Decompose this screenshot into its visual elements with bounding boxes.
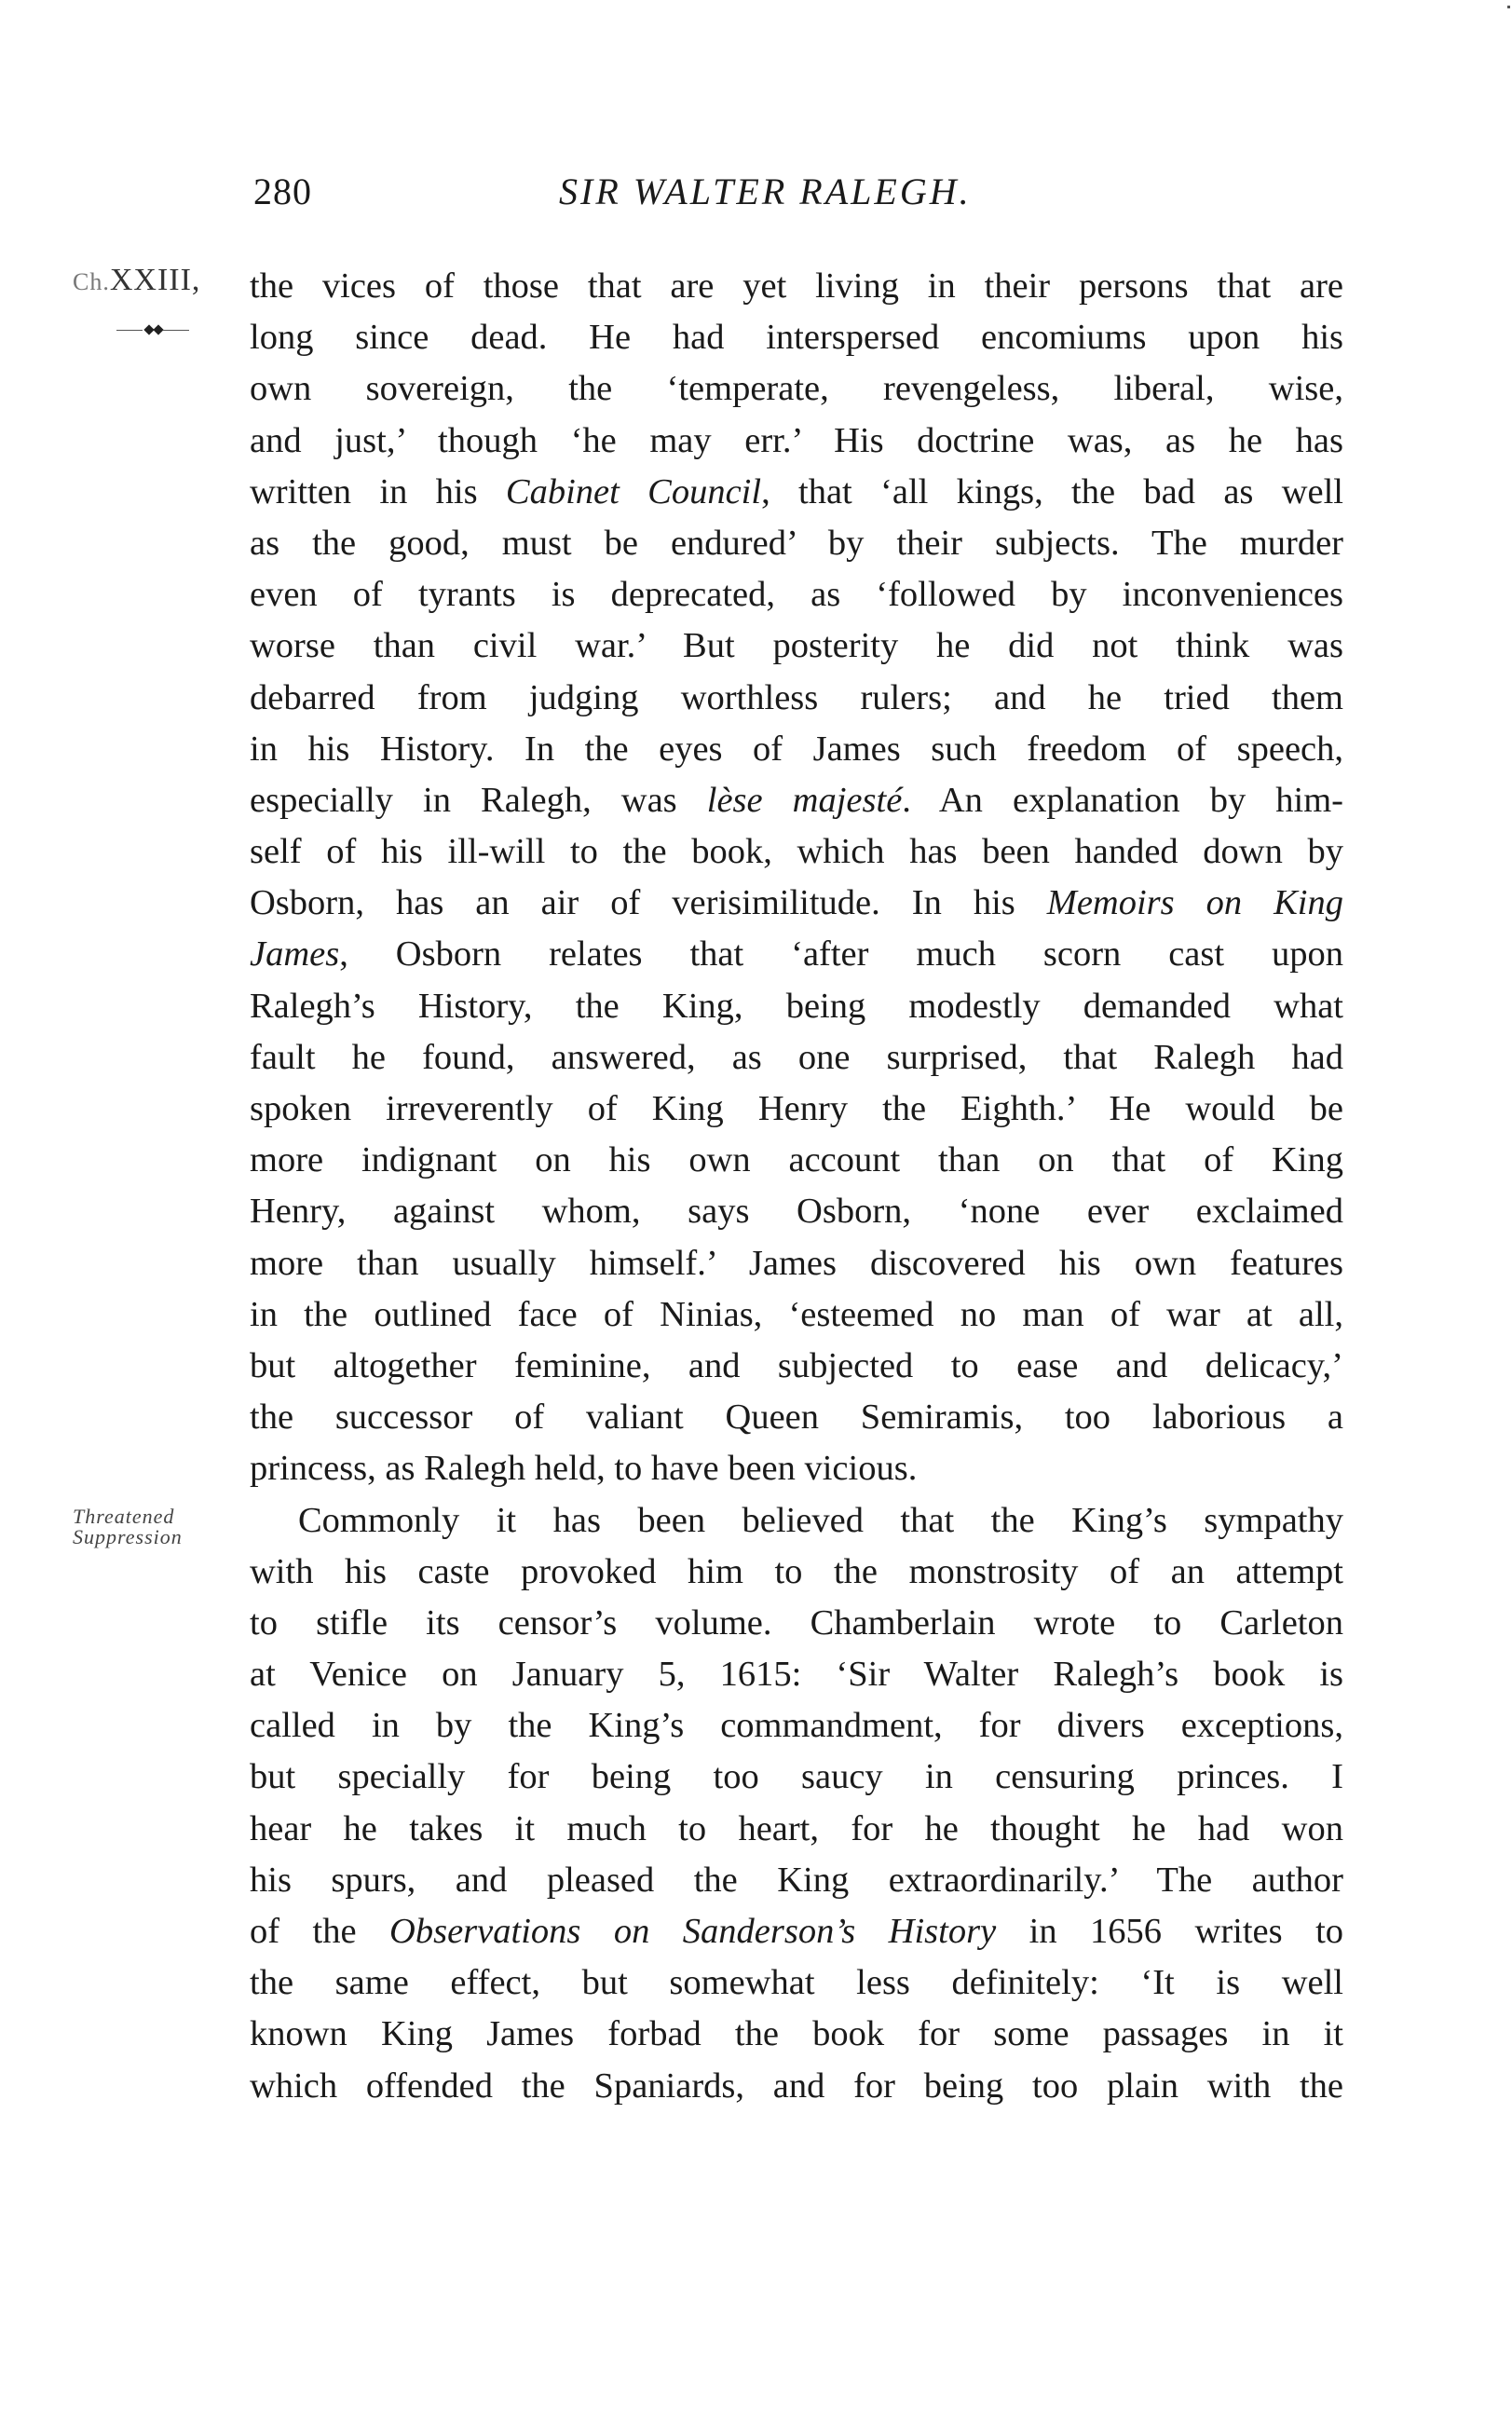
body-text: the vices of those that are yet living i… xyxy=(250,261,1343,2112)
line-text: known King James forbad the book for som… xyxy=(250,2014,1343,2053)
line-text: called in by the King’s commandment, for… xyxy=(250,1706,1343,1745)
text-line: spoken irreverently of King Henry the Ei… xyxy=(250,1084,1343,1135)
text-line: the vices of those that are yet living i… xyxy=(250,261,1343,312)
text-line: long since dead. He had interspersed enc… xyxy=(250,312,1343,363)
text-line: Henry, against whom, says Osborn, ‘none … xyxy=(250,1186,1343,1237)
text-line: own sovereign, the ‘temperate, revengele… xyxy=(250,363,1343,415)
line-text: , Osborn relates that ‘after much scorn … xyxy=(339,934,1343,974)
text-line: Commonly it has been believed that the K… xyxy=(250,1495,1343,1547)
line-text: worse than civil war.’ But posterity he … xyxy=(250,626,1343,665)
text-line: in his History. In the eyes of James suc… xyxy=(250,724,1343,775)
line-text: princess, as Ralegh held, to have been v… xyxy=(250,1449,917,1488)
text-line: but altogether feminine, and subjected t… xyxy=(250,1341,1343,1392)
text-line: debarred from judging worthless rulers; … xyxy=(250,673,1343,724)
text-line: Ralegh’s History, the King, being modest… xyxy=(250,981,1343,1032)
text-line: even of tyrants is deprecated, as ‘follo… xyxy=(250,569,1343,620)
page-number: 280 xyxy=(253,170,312,213)
line-text: in his History. In the eyes of James suc… xyxy=(250,729,1343,769)
text-line: at Venice on January 5, 1615: ‘Sir Walte… xyxy=(250,1649,1343,1700)
text-line: and just,’ though ‘he may err.’ His doct… xyxy=(250,416,1343,467)
italic-title: James xyxy=(250,934,339,974)
line-text: his spurs, and pleased the King extraord… xyxy=(250,1861,1343,1900)
text-line: as the good, must be endured’ by their s… xyxy=(250,518,1343,569)
line-text: Osborn, has an air of verisimilitude. In… xyxy=(250,883,1047,922)
line-text: long since dead. He had interspersed enc… xyxy=(250,318,1343,357)
line-text: at Venice on January 5, 1615: ‘Sir Walte… xyxy=(250,1655,1343,1694)
line-text: hear he takes it much to heart, for he t… xyxy=(250,1809,1343,1848)
line-text: and just,’ though ‘he may err.’ His doct… xyxy=(250,421,1343,460)
line-text: own sovereign, the ‘temperate, revengele… xyxy=(250,369,1343,408)
text-line: which offended the Spaniards, and for be… xyxy=(250,2061,1343,2112)
line-text: especially in Ralegh, was xyxy=(250,781,707,820)
text-line: more than usually himself.’ James discov… xyxy=(250,1238,1343,1289)
chapter-marker: Ch.XXIII, xyxy=(73,263,200,298)
scan-speck xyxy=(1507,6,1510,8)
text-line: James, Osborn relates that ‘after much s… xyxy=(250,929,1343,980)
chapter-number: XXIII, xyxy=(110,263,201,297)
chapter-prefix: Ch. xyxy=(73,268,110,295)
text-line: called in by the King’s commandment, for… xyxy=(250,1700,1343,1752)
text-line: fault he found, answered, as one surpris… xyxy=(250,1032,1343,1084)
line-text: spoken irreverently of King Henry the Ei… xyxy=(250,1089,1343,1128)
text-line: his spurs, and pleased the King extraord… xyxy=(250,1855,1343,1906)
line-text: to stifle its censor’s volume. Chamberla… xyxy=(250,1603,1343,1643)
italic-title: lèse majesté xyxy=(707,781,903,820)
sidenote-line-2: Suppression xyxy=(73,1527,183,1547)
text-line: Osborn, has an air of verisimilitude. In… xyxy=(250,878,1343,929)
text-line: especially in Ralegh, was lèse majesté. … xyxy=(250,775,1343,826)
sidenote-line-1: Threatened xyxy=(73,1506,183,1527)
line-text: self of his ill-will to the book, which … xyxy=(250,832,1343,871)
running-title: SIR WALTER RALEGH. xyxy=(559,170,972,213)
text-line: princess, as Ralegh held, to have been v… xyxy=(250,1443,1343,1494)
line-text: but altogether feminine, and subjected t… xyxy=(250,1346,1343,1385)
ornament-icon xyxy=(116,324,189,337)
line-text: which offended the Spaniards, and for be… xyxy=(250,2066,1343,2106)
text-line: worse than civil war.’ But posterity he … xyxy=(250,620,1343,672)
text-line: but specially for being too saucy in cen… xyxy=(250,1752,1343,1803)
line-text: the vices of those that are yet living i… xyxy=(250,266,1343,306)
running-head: 280 SIR WALTER RALEGH. xyxy=(253,170,1343,216)
line-text: with his caste provoked him to the monst… xyxy=(250,1552,1343,1591)
line-text: more than usually himself.’ James discov… xyxy=(250,1244,1343,1283)
line-text: written in his xyxy=(250,472,506,511)
italic-title: Memoirs on King xyxy=(1047,883,1343,922)
text-line: with his caste provoked him to the monst… xyxy=(250,1547,1343,1598)
line-text: fault he found, answered, as one surpris… xyxy=(250,1038,1343,1077)
line-text: the same effect, but somewhat less defin… xyxy=(250,1963,1343,2002)
margin-sidenote: Threatened Suppression xyxy=(73,1506,183,1547)
text-line: written in his Cabinet Council, that ‘al… xyxy=(250,467,1343,518)
book-page: 280 SIR WALTER RALEGH. Ch.XXIII, Threate… xyxy=(0,0,1512,2413)
line-text: debarred from judging worthless rulers; … xyxy=(250,678,1343,717)
italic-title: Observations on Sanderson’s History xyxy=(389,1912,996,1951)
line-text: . An explanation by him- xyxy=(902,781,1343,820)
text-line: in the outlined face of Ninias, ‘esteeme… xyxy=(250,1289,1343,1341)
italic-title: Cabinet Council xyxy=(506,472,761,511)
line-text: Ralegh’s History, the King, being modest… xyxy=(250,987,1343,1026)
line-text: but specially for being too saucy in cen… xyxy=(250,1757,1343,1796)
line-text: , that ‘all kings, the bad as well xyxy=(761,472,1343,511)
text-line: to stifle its censor’s volume. Chamberla… xyxy=(250,1598,1343,1649)
line-text: even of tyrants is deprecated, as ‘follo… xyxy=(250,575,1343,614)
text-line: the same effect, but somewhat less defin… xyxy=(250,1957,1343,2009)
line-text: Henry, against whom, says Osborn, ‘none … xyxy=(250,1192,1343,1231)
line-text: of the xyxy=(250,1912,389,1951)
line-text: Commonly it has been believed that the K… xyxy=(298,1501,1343,1540)
text-line: self of his ill-will to the book, which … xyxy=(250,826,1343,878)
text-line: of the Observations on Sanderson’s Histo… xyxy=(250,1906,1343,1957)
line-text: in 1656 writes to xyxy=(996,1912,1343,1951)
line-text: as the good, must be endured’ by their s… xyxy=(250,524,1343,563)
text-line: hear he takes it much to heart, for he t… xyxy=(250,1804,1343,1855)
line-text: in the outlined face of Ninias, ‘esteeme… xyxy=(250,1295,1343,1334)
text-line: the successor of valiant Queen Semiramis… xyxy=(250,1392,1343,1443)
text-line: known King James forbad the book for som… xyxy=(250,2009,1343,2060)
line-text: the successor of valiant Queen Semiramis… xyxy=(250,1397,1343,1437)
line-text: more indignant on his own account than o… xyxy=(250,1140,1343,1179)
text-line: more indignant on his own account than o… xyxy=(250,1135,1343,1186)
